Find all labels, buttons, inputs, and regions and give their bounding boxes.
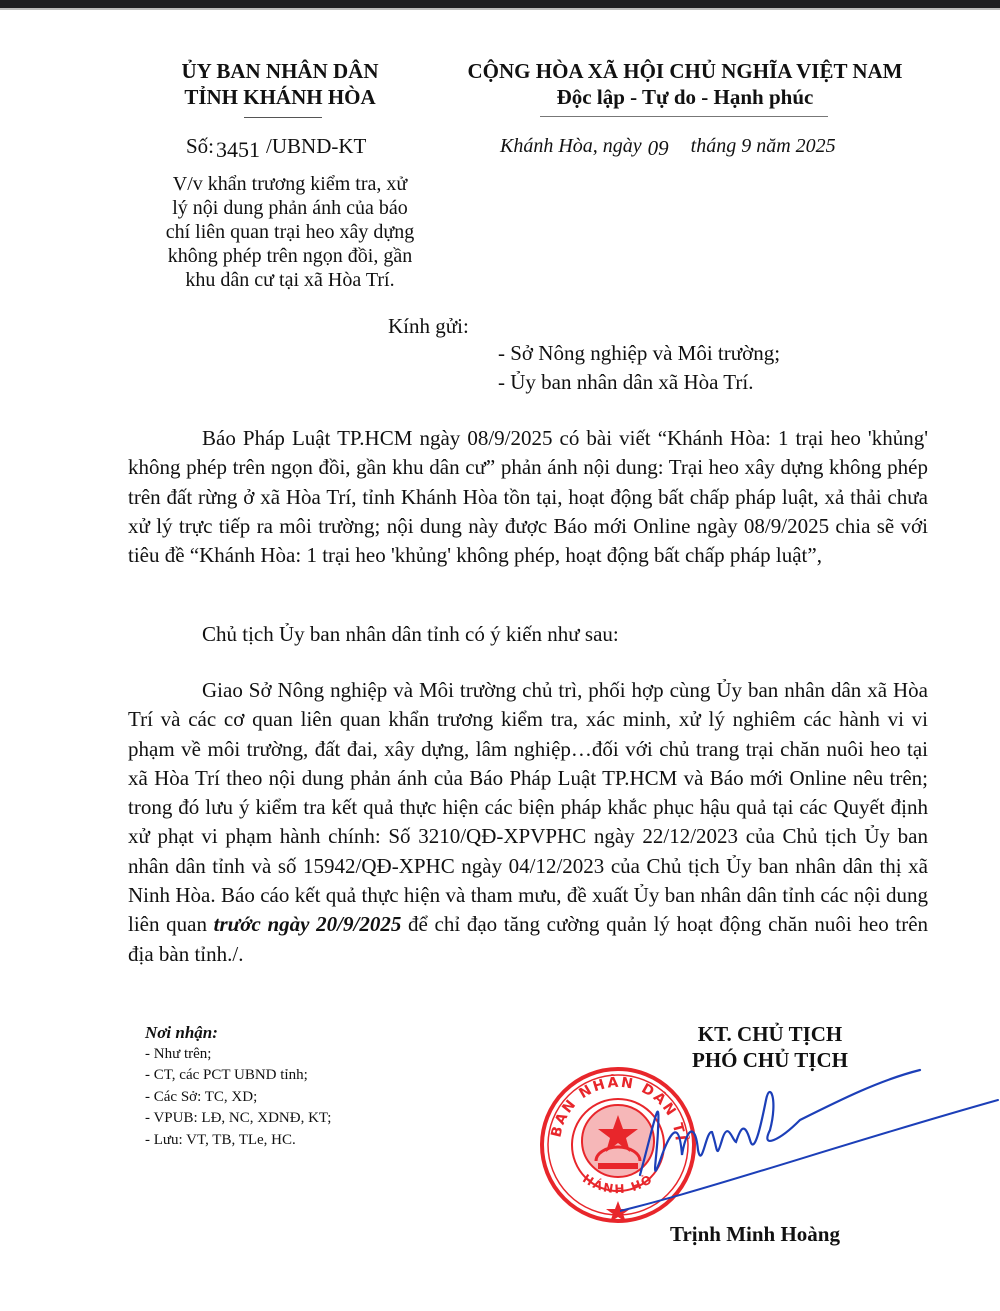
deadline-emphasis: trước ngày 20/9/2025: [214, 912, 402, 936]
agency-divider: [244, 117, 322, 118]
paragraph-text: Giao Sở Nông nghiệp và Môi trường chủ tr…: [128, 676, 928, 969]
document-number: Số:3451/UBND-KT: [186, 133, 366, 159]
distribution-title: Nơi nhận:: [145, 1022, 331, 1044]
subject-line: V/v khẩn trương kiểm tra, xử: [140, 172, 440, 196]
motto-divider: [540, 116, 828, 117]
handwritten-signature-icon: [620, 1060, 1000, 1230]
subject-line: khu dân cư tại xã Hòa Trí.: [140, 268, 440, 292]
distribution-item: - VPUB: LĐ, NC, XDNĐ, KT;: [145, 1108, 331, 1130]
nation-title: CỘNG HÒA XÃ HỘI CHỦ NGHĨA VIỆT NAM: [445, 58, 925, 84]
body-paragraph-3: Giao Sở Nông nghiệp và Môi trường chủ tr…: [128, 676, 928, 969]
date-suffix: tháng 9 năm 2025: [691, 135, 836, 157]
doc-number-label: Số:: [186, 134, 214, 158]
distribution-item: - Các Sở: TC, XD;: [145, 1087, 331, 1109]
distribution-list: Nơi nhận: - Như trên; - CT, các PCT UBND…: [145, 1022, 331, 1151]
signatory-title-line1: KT. CHỦ TỊCH: [620, 1021, 920, 1047]
agency-line2: TỈNH KHÁNH HÒA: [130, 84, 430, 110]
distribution-item: - Như trên;: [145, 1044, 331, 1066]
subject-line: không phép trên ngọn đồi, gần: [140, 244, 440, 268]
addressee-item: - Sở Nông nghiệp và Môi trường;: [498, 339, 780, 368]
body-paragraph-1: Báo Pháp Luật TP.HCM ngày 08/9/2025 có b…: [128, 424, 928, 570]
agency-line1: ỦY BAN NHÂN DÂN: [130, 58, 430, 84]
addressee-list: - Sở Nông nghiệp và Môi trường; - Ủy ban…: [498, 339, 780, 397]
addressee-item: - Ủy ban nhân dân xã Hòa Trí.: [498, 368, 780, 397]
date-prefix: Khánh Hòa, ngày: [500, 135, 642, 157]
top-bar: [0, 0, 1000, 10]
subject-line: chí liên quan trại heo xây dựng: [140, 220, 440, 244]
body-paragraph-2: Chủ tịch Ủy ban nhân dân tỉnh có ý kiến …: [128, 620, 928, 649]
paragraph-text: Chủ tịch Ủy ban nhân dân tỉnh có ý kiến …: [128, 620, 928, 649]
distribution-item: - Lưu: VT, TB, TLe, HC.: [145, 1130, 331, 1152]
signer-name: Trịnh Minh Hoàng: [670, 1222, 840, 1247]
doc-number-value: 3451: [216, 137, 260, 162]
doc-number-suffix: /UBND-KT: [266, 134, 366, 158]
issuing-agency: ỦY BAN NHÂN DÂN TỈNH KHÁNH HÒA: [130, 58, 430, 110]
addressee-label: Kính gửi:: [388, 314, 469, 339]
document-subject: V/v khẩn trương kiểm tra, xử lý nội dung…: [140, 172, 440, 292]
paragraph-text: Báo Pháp Luật TP.HCM ngày 08/9/2025 có b…: [128, 424, 928, 570]
date-line: Khánh Hòa, ngày09tháng 9 năm 2025: [500, 133, 836, 158]
subject-line: lý nội dung phản ánh của báo: [140, 196, 440, 220]
date-day: 09: [648, 136, 669, 160]
national-motto: CỘNG HÒA XÃ HỘI CHỦ NGHĨA VIỆT NAM Độc l…: [445, 58, 925, 110]
distribution-item: - CT, các PCT UBND tỉnh;: [145, 1065, 331, 1087]
nation-motto: Độc lập - Tự do - Hạnh phúc: [445, 84, 925, 110]
paragraph-text-part: Giao Sở Nông nghiệp và Môi trường chủ tr…: [128, 678, 928, 936]
